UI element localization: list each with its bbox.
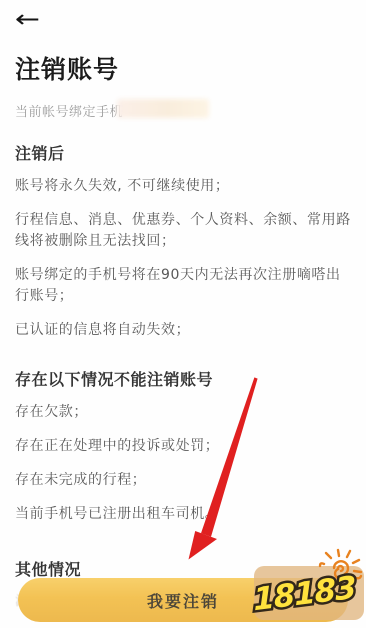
page-title: 注销账号: [15, 50, 351, 86]
red-annotation-arrow: [0, 0, 366, 628]
after-cancel-item-2: 行程信息、消息、优惠券、个人资料、余额、常用路线将被删除且无法找回；: [15, 210, 351, 252]
section-heading-cannot-cancel: 存在以下情况不能注销账号: [15, 367, 351, 390]
after-cancel-item-3: 账号绑定的手机号将在90天内无法再次注册嘀嗒出行账号；: [15, 265, 351, 307]
cannot-cancel-item-2: 存在正在处理中的投诉或处罚；: [15, 436, 351, 457]
phone-number-redaction-blur: [117, 99, 209, 118]
after-cancel-item-1: 账号将永久失效, 不可继续使用；: [15, 176, 351, 197]
cannot-cancel-item-4: 当前手机号已注册出租车司机。: [15, 504, 351, 525]
back-arrow-icon[interactable]: ←: [15, 4, 40, 34]
bound-phone-line: 当前帐号绑定手机: [15, 100, 351, 120]
bound-phone-prefix: 当前帐号绑定手机: [15, 101, 123, 120]
nav-bar: ←: [15, 0, 351, 34]
confirm-cancel-button[interactable]: 我要注销: [18, 578, 348, 622]
cannot-cancel-item-1: 存在欠款；: [15, 402, 351, 423]
cannot-cancel-item-3: 存在未完成的行程；: [15, 470, 351, 491]
section-heading-other: 其他情况: [15, 557, 351, 580]
cancel-account-page: ← 注销账号 当前帐号绑定手机 注销后 账号将永久失效, 不可继续使用； 行程信…: [0, 0, 366, 628]
after-cancel-item-4: 已认证的信息将自动失效；: [15, 320, 351, 341]
section-heading-after-cancel: 注销后: [15, 141, 351, 164]
